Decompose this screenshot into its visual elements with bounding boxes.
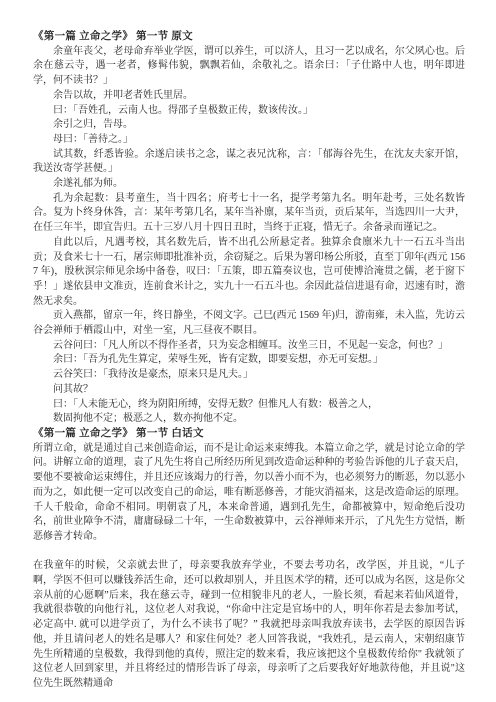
paragraph: 余曰：「吾为孔先生算定，荣辱生死，皆有定数，即要妄想，亦无可妄想。」 xyxy=(33,353,465,368)
section-title-vernacular: 《第一篇 立命之学》 第一节 白话文 xyxy=(33,427,465,442)
paragraph: 在我童年的时候，父亲就去世了，母亲要我放弃学业，不要去考功名，改学医，并且说，“… xyxy=(33,559,465,691)
paragraph: 贡入燕都，留京一年，终日静坐，不阅文字。己巳(西元 1569 年)归，游南雍，未… xyxy=(33,309,465,338)
section-original-text: 《第一篇 立命之学》 第一节 原文 余童年丧父，老母命弃举业学医，谓可以养生，可… xyxy=(33,30,465,427)
paragraph: 母曰：「善待之。」 xyxy=(33,133,465,148)
section-vernacular-text: 《第一篇 立命之学》 第一节 白话文 所谓立命，就是通过自己来创造命运，而不是让… xyxy=(33,427,465,692)
paragraph: 试其数，纤悉皆验。余遂启读书之念，谋之表兄沈称，言：「郁海谷先生，在沈友夫家开馆… xyxy=(33,148,465,177)
paragraph: 云谷问曰：「凡人所以不得作圣者，只为妄念相缠耳。汝坐三日，不见起一妄念，何也？」 xyxy=(33,339,465,354)
paragraph: 曰：「人未能无心，终为阴阳所缚，安得无数？但惟凡人有数：极善之人， xyxy=(33,398,465,413)
paragraph: 余引之归，告母。 xyxy=(33,118,465,133)
paragraph: 自此以后，凡遇考校，其名数先后，皆不出孔公所悬定者。独算余食廪米九十一石五斗当出… xyxy=(33,236,465,310)
paragraph: 曰：「吾姓孔，云南人也。得邵子皇极数正传，数该传汝。」 xyxy=(33,104,465,119)
section-vernacular-paragraphs: 所谓立命，就是通过自己来创造命运，而不是让命运来束缚我。本篇立命之学，就是讨论立… xyxy=(33,442,465,692)
section-title-original: 《第一篇 立命之学》 第一节 原文 xyxy=(33,30,465,45)
paragraph: 余告以故，并叩老者姓氏里居。 xyxy=(33,89,465,104)
paragraph: 所谓立命，就是通过自己来创造命运，而不是让命运来束缚我。本篇立命之学，就是讨论立… xyxy=(33,442,465,545)
paragraph: 孔为余起数：县考童生，当十四名；府考七十一名，提学考第九名。明年赴考，三处名数皆… xyxy=(33,192,465,236)
paragraph: 数固拘他不定；极恶之人，数亦拘他不定。 xyxy=(33,412,465,427)
document-page: 《第一篇 立命之学》 第一节 原文 余童年丧父，老母命弃举业学医，谓可以养生，可… xyxy=(0,0,496,702)
paragraph: 问其故？ xyxy=(33,383,465,398)
paragraph: 余童年丧父，老母命弃举业学医，谓可以养生，可以济人，且习一艺以成名，尔父夙心也。… xyxy=(33,45,465,89)
paragraph: 云谷笑曰：「我待汝是豪杰，原来只是凡夫。」 xyxy=(33,368,465,383)
paragraph: 余遂礼郁为师。 xyxy=(33,177,465,192)
section-original-paragraphs: 余童年丧父，老母命弃举业学医，谓可以养生，可以济人，且习一艺以成名，尔父夙心也。… xyxy=(33,45,465,427)
